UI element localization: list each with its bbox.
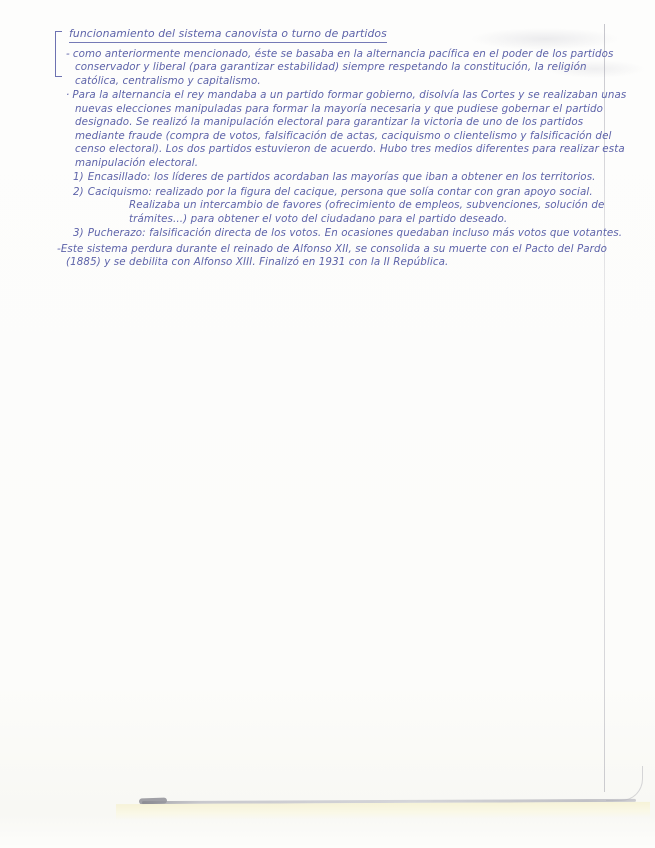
paragraph-text: Este sistema perdura durante el reinado … [61, 243, 607, 269]
list-item-text: Encasillado: los líderes de partidos aco… [88, 171, 596, 183]
handwritten-notes: funcionamiento del sistema canovista o t… [66, 27, 634, 270]
paragraph-alternancia: ·Para la alternancia el rey mandaba a un… [66, 89, 634, 170]
number-marker: 1) [73, 171, 84, 183]
page-title: funcionamiento del sistema canovista o t… [69, 27, 387, 43]
list-item-encasillado: 1)Encasillado: los líderes de partidos a… [73, 171, 634, 185]
number-marker: 2) [73, 186, 84, 198]
number-marker: 3) [73, 227, 84, 239]
paragraph-intro: -como anteriormente mencionado, éste se … [66, 48, 634, 89]
list-item-text: Pucherazo: falsificación directa de los … [88, 227, 622, 239]
dash-marker: - [66, 48, 70, 60]
paragraph-conclusion: -Este sistema perdura durante el reinado… [57, 243, 634, 270]
list-item-caciquismo: 2)Caciquismo: realizado por la figura de… [73, 186, 634, 227]
list-item-pucherazo: 3)Pucherazo: falsificación directa de lo… [73, 227, 634, 241]
scanned-notes-page: { "page": { "paper_color": "#fdfdfc", "i… [0, 0, 655, 848]
scan-background-strip [116, 802, 650, 820]
list-item-text: Caciquismo: realizado por la figura del … [88, 186, 605, 225]
paragraph-text: Para la alternancia el rey mandaba a un … [72, 89, 626, 169]
paragraph-text: como anteriormente mencionado, éste se b… [73, 48, 614, 87]
dot-marker: · [66, 89, 69, 101]
margin-bracket [55, 31, 62, 77]
